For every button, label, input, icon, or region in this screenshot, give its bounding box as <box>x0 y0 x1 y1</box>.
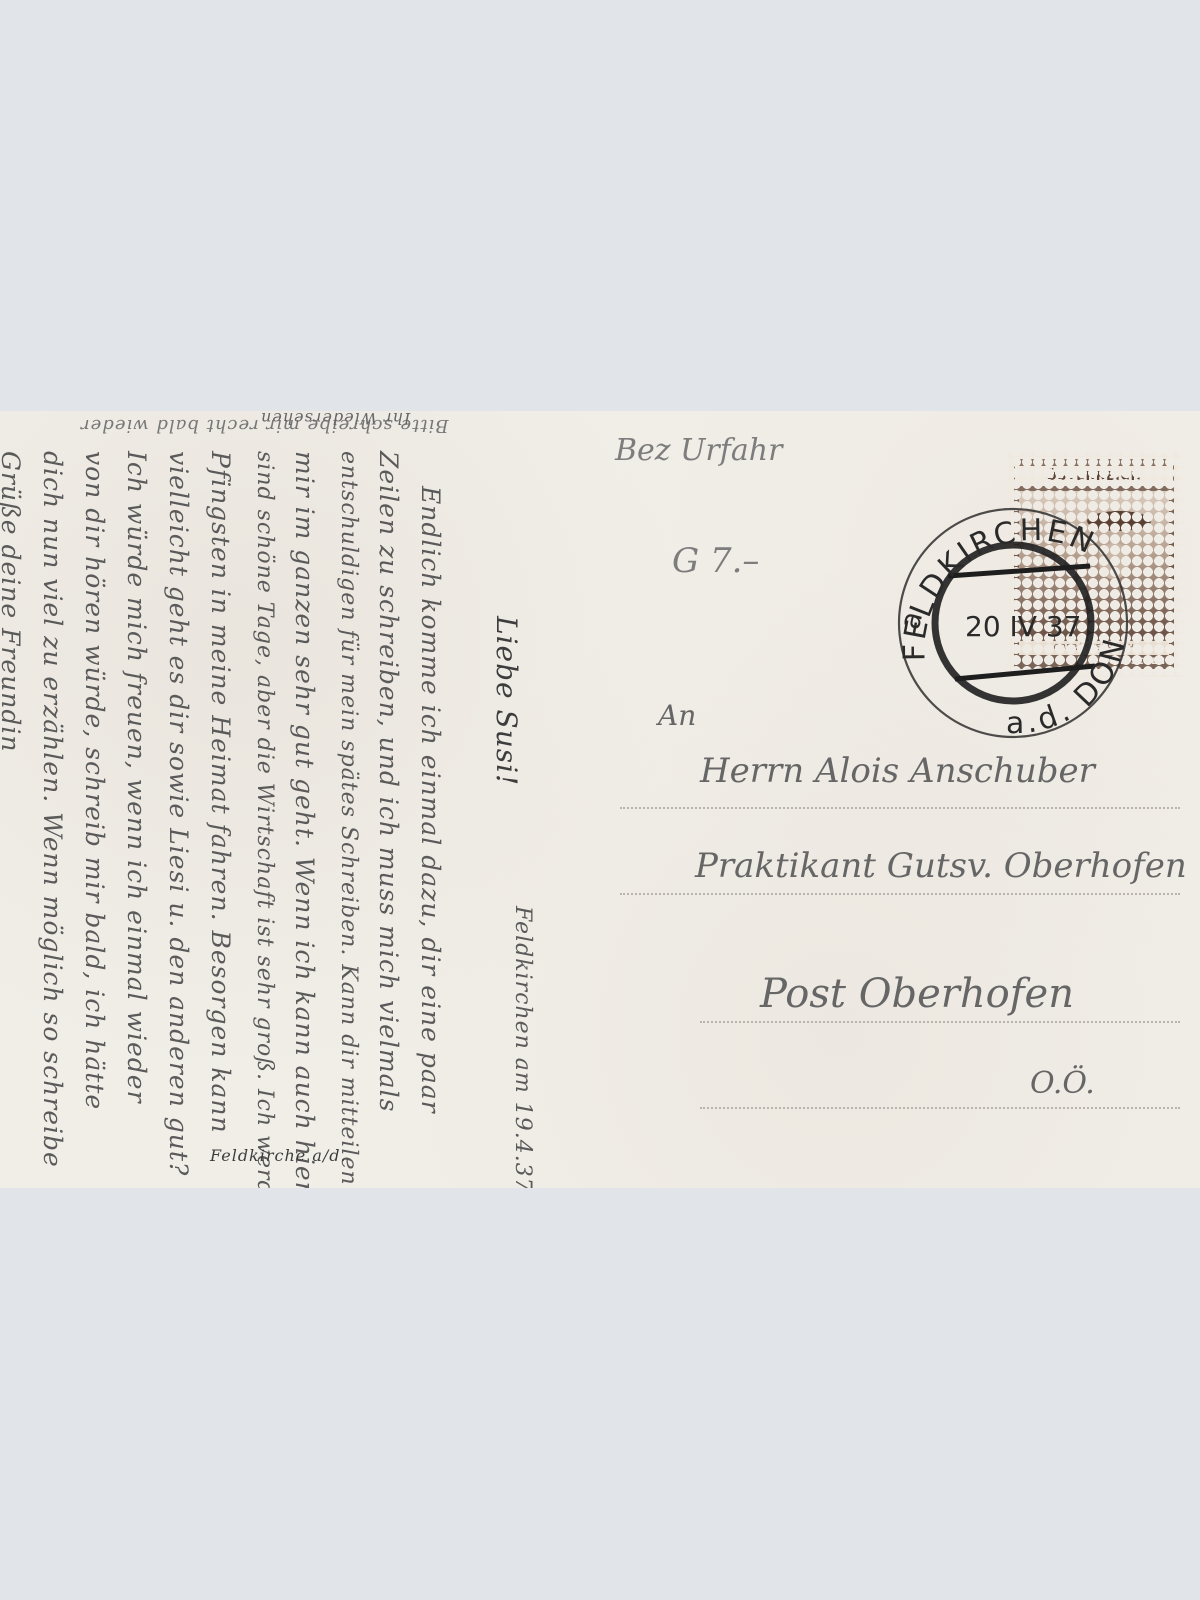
address-rule <box>620 893 1180 895</box>
pencil-note-price: G 7.– <box>672 541 759 581</box>
message-line: Endlich komme ich einmal dazu, dir eine … <box>416 486 445 1114</box>
message-line: Zeilen zu schreiben, und ich muss mich v… <box>374 451 403 1112</box>
message-line: Pfingsten in meine Heimat fahren. Besorg… <box>206 451 235 1134</box>
message-line: Ich würde mich freuen, wenn ich einmal w… <box>122 451 151 1104</box>
address-salutation: An <box>658 699 696 732</box>
message-place-date: Feldkirchen am 19.4.37 <box>510 906 535 1188</box>
address-line: O.Ö. <box>1030 1066 1095 1101</box>
message-line: von dir hören würde, schreib mir bald, i… <box>80 451 109 1110</box>
stamp-value: 12 GROSCHEN <box>1019 655 1169 669</box>
address-line: Praktikant Gutsv. Oberhofen <box>695 846 1187 886</box>
stamp-portrait-icon <box>1019 491 1169 637</box>
address-rule <box>620 807 1180 809</box>
message-line: sind schöne Tage, aber die Wirtschaft is… <box>252 451 277 1188</box>
address-line: Post Oberhofen <box>760 971 1074 1017</box>
address-line: Herrn Alois Anschuber <box>700 751 1095 791</box>
stamp-country: ÖSTERREICH <box>1015 466 1173 486</box>
pencil-note-district: Bez Urfahr <box>615 433 782 468</box>
message-line: mir im ganzen sehr gut geht. Wenn ich ka… <box>290 451 319 1188</box>
message-line: vielleicht geht es dir sowie Liesi u. de… <box>164 451 193 1176</box>
stamp-region: OBERÖSTERREICH <box>1019 641 1169 655</box>
postage-stamp: ÖSTERREICH OBERÖSTERREICH 12 GROSCHEN <box>1005 451 1183 677</box>
message-line: Grüße deine Freundin <box>0 451 25 753</box>
message-area: Liebe Susi! Feldkirchen am 19.4.37 Endli… <box>0 411 560 1188</box>
message-postscript: Feldkirche a/d. <box>210 1146 347 1165</box>
address-rule <box>700 1107 1180 1109</box>
margin-note: Ihr Wiedersehen <box>260 411 410 428</box>
message-line: dich nun viel zu erzählen. Wenn möglich … <box>38 451 67 1168</box>
address-rule <box>700 1021 1180 1023</box>
message-line: entschuldigen für mein spätes Schreiben.… <box>336 451 361 1188</box>
message-greeting: Liebe Susi! <box>490 616 523 786</box>
